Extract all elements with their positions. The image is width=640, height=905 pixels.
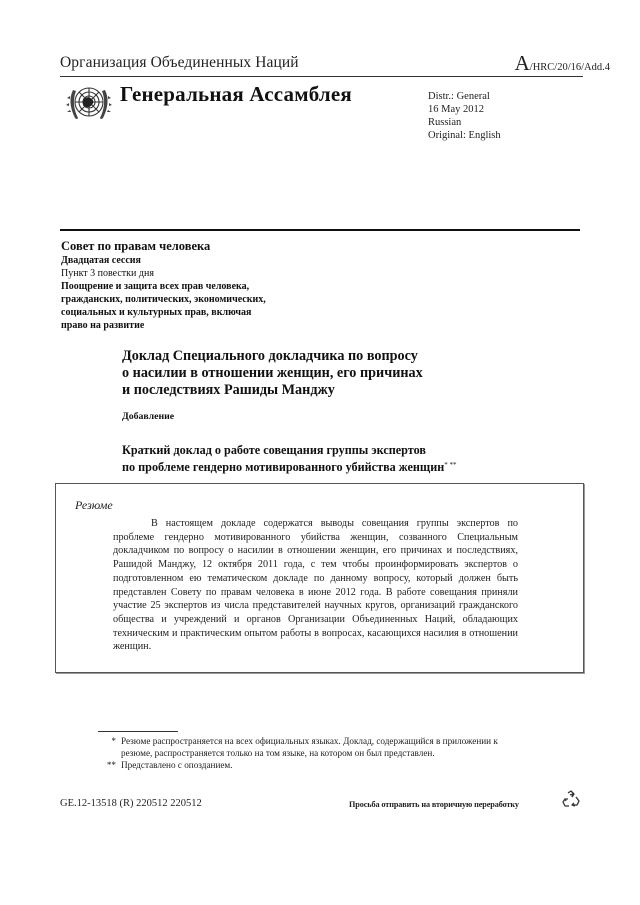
- job-number: GE.12-13518 (R) 220512 220512: [60, 798, 202, 809]
- footnote-mark: **: [100, 759, 116, 771]
- symbol-code: /HRC/20/16/Add.4: [530, 62, 610, 73]
- distribution-block: Distr.: General 16 May 2012 Russian Orig…: [428, 90, 501, 142]
- footnote-rule: [98, 731, 178, 732]
- symbol-prefix: A: [515, 51, 530, 75]
- footnote-mark: *: [100, 735, 116, 747]
- summary-title: Краткий доклад о работе совещания группы…: [122, 443, 457, 475]
- report-title-line: о насилии в отношении женщин, его причин…: [122, 365, 423, 382]
- summary-paragraph: В настоящем докладе содержатся выводы со…: [113, 517, 518, 654]
- council-block: Совет по правам человека Двадцатая сесси…: [61, 239, 266, 332]
- recycle-notice: Просьба отправить на вторичную переработ…: [349, 800, 519, 809]
- original-language: Original: English: [428, 129, 501, 142]
- agenda-item-title-line: гражданских, политических, экономических…: [61, 293, 266, 306]
- addendum-label: Добавление: [122, 411, 174, 422]
- report-title: Доклад Специального докладчика по вопрос…: [122, 348, 423, 399]
- header-rule: [60, 76, 583, 77]
- agenda-item-title-line: право на развитие: [61, 319, 266, 332]
- footnote-marks: * **: [444, 461, 456, 469]
- distribution-type: Distr.: General: [428, 90, 501, 103]
- session: Двадцатая сессия: [61, 254, 266, 267]
- agenda-item: Пункт 3 повестки дня: [61, 267, 266, 280]
- report-title-line: и последствиях Рашиды Манджу: [122, 382, 423, 399]
- footnotes: * Резюме распространяется на всех официа…: [100, 735, 510, 771]
- footnote: ** Представлено с опозданием.: [100, 759, 510, 771]
- recycle-icon: [560, 789, 582, 811]
- document-language: Russian: [428, 116, 501, 129]
- document-date: 16 May 2012: [428, 103, 501, 116]
- un-emblem-icon: [64, 80, 114, 126]
- footnote: * Резюме распространяется на всех официа…: [100, 735, 510, 759]
- agenda-item-title-line: Поощрение и защита всех прав человека,: [61, 280, 266, 293]
- footnote-text: Резюме распространяется на всех официаль…: [121, 736, 498, 758]
- summary-title-line: Краткий доклад о работе совещания группы…: [122, 443, 457, 458]
- section-rule: [60, 229, 580, 231]
- organization-name: Организация Объединенных Наций: [60, 54, 299, 72]
- assembly-title: Генеральная Ассамблея: [120, 82, 352, 107]
- report-title-line: Доклад Специального докладчика по вопрос…: [122, 348, 423, 365]
- summary-label: Резюме: [75, 498, 113, 513]
- summary-text: В настоящем докладе содержатся выводы со…: [113, 517, 518, 654]
- agenda-item-title-line: социальных и культурных прав, включая: [61, 306, 266, 319]
- summary-title-line: по проблеме гендерно мотивированного уби…: [122, 460, 444, 474]
- document-symbol: A/HRC/20/16/Add.4: [515, 51, 610, 76]
- council-title: Совет по правам человека: [61, 239, 266, 254]
- footnote-text: Представлено с опозданием.: [121, 760, 233, 770]
